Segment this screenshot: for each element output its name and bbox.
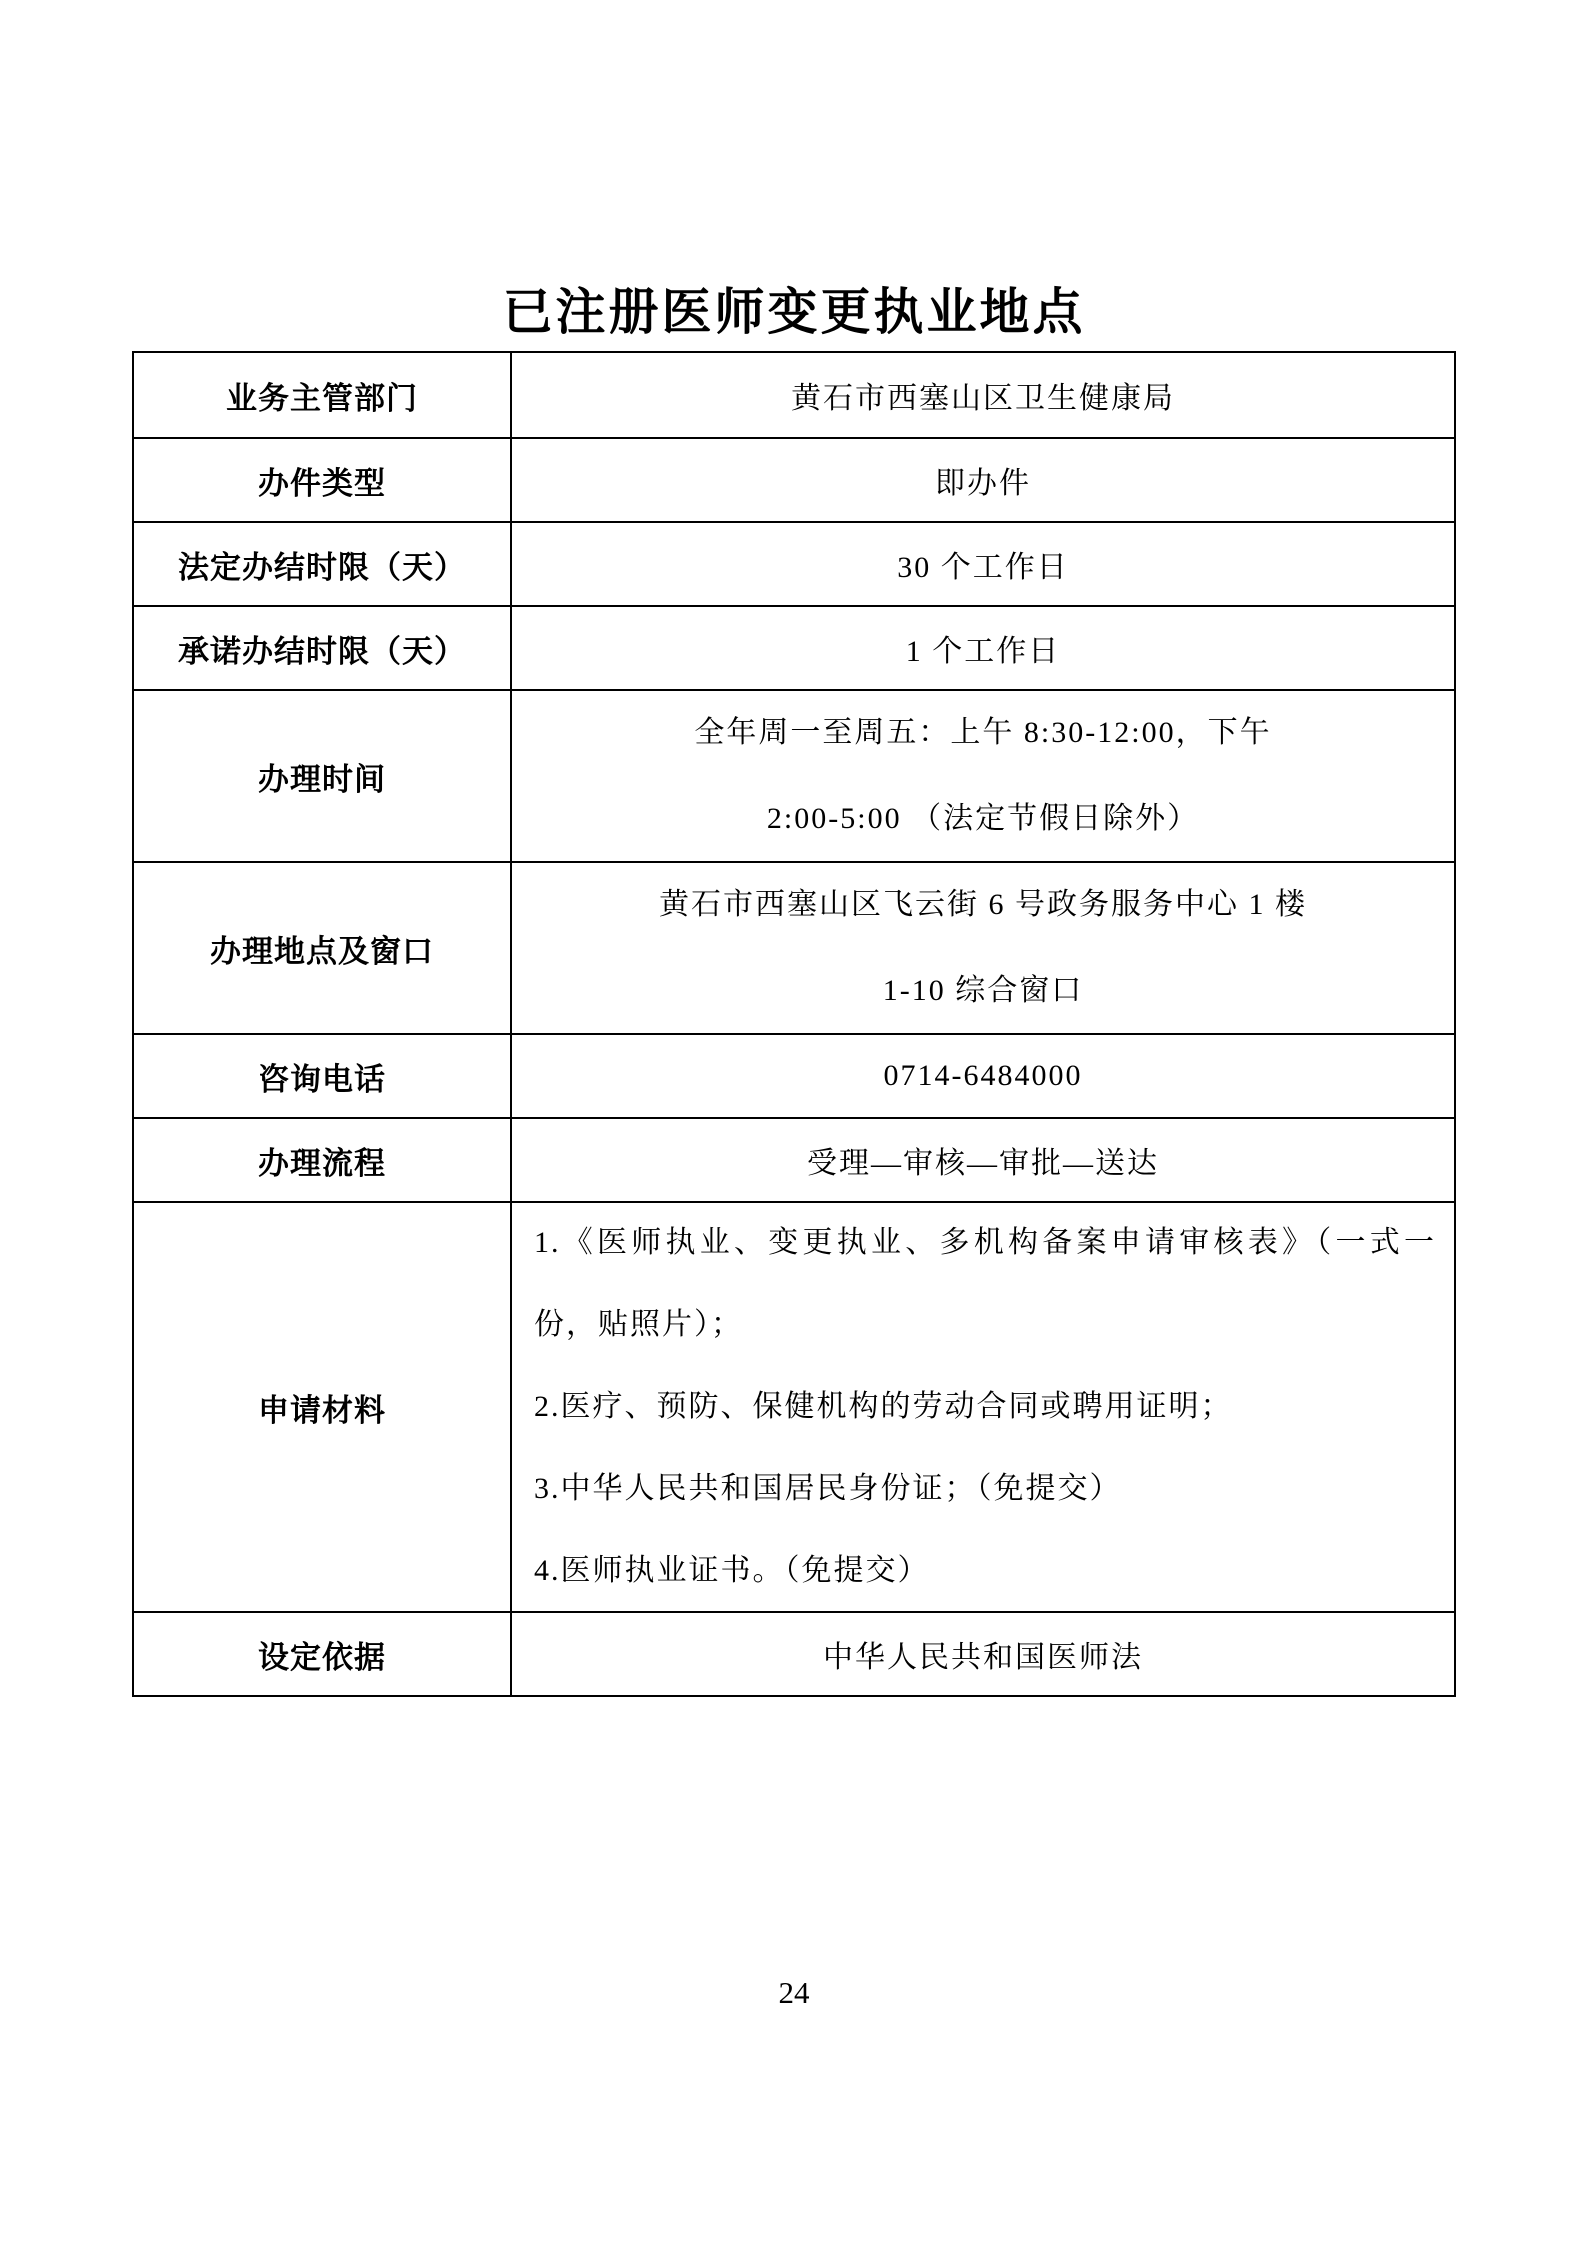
- row-label-application-materials: 申请材料: [134, 1203, 512, 1611]
- value-line: 黄石市西塞山区飞云街 6 号政务服务中心 1 楼: [659, 862, 1307, 948]
- row-label-processing-time: 办理时间: [134, 691, 512, 861]
- value-line: 30 个工作日: [897, 542, 1069, 586]
- row-label-consultation-phone: 咨询电话: [134, 1035, 512, 1117]
- row-label-statutory-time-limit: 法定办结时限（天）: [134, 523, 512, 605]
- row-value-application-materials: 1.《医师执业、变更执业、多机构备案申请审核表》（一式一份，贴照片）； 2.医疗…: [512, 1203, 1454, 1611]
- row-value-processing-time: 全年周一至周五：上午 8:30-12:00，下午 2:00-5:00 （法定节假…: [512, 691, 1454, 861]
- value-line: 即办件: [935, 458, 1031, 502]
- table-row-processing-flow: 办理流程 受理—审核—审批—送达: [134, 1117, 1454, 1201]
- row-label-item-type: 办件类型: [134, 439, 512, 521]
- value-line: 1 个工作日: [906, 626, 1061, 670]
- value-line: 中华人民共和国医师法: [823, 1632, 1143, 1676]
- material-item-2: 2.医疗、预防、保健机构的劳动合同或聘用证明；: [534, 1366, 1436, 1448]
- row-label-establishment-basis: 设定依据: [134, 1613, 512, 1695]
- material-item-4: 4.医师执业证书。（免提交）: [534, 1530, 1436, 1612]
- row-label-processing-location: 办理地点及窗口: [134, 863, 512, 1033]
- document-page: 已注册医师变更执业地点 业务主管部门 黄石市西塞山区卫生健康局 办件类型 即办件…: [132, 0, 1456, 2011]
- value-line: 黄石市西塞山区卫生健康局: [791, 373, 1175, 417]
- table-row-supervising-department: 业务主管部门 黄石市西塞山区卫生健康局: [134, 353, 1454, 437]
- row-value-item-type: 即办件: [512, 439, 1454, 521]
- row-value-processing-location: 黄石市西塞山区飞云街 6 号政务服务中心 1 楼 1-10 综合窗口: [512, 863, 1454, 1033]
- table-row-processing-time: 办理时间 全年周一至周五：上午 8:30-12:00，下午 2:00-5:00 …: [134, 689, 1454, 861]
- row-value-statutory-time-limit: 30 个工作日: [512, 523, 1454, 605]
- row-value-processing-flow: 受理—审核—审批—送达: [512, 1119, 1454, 1201]
- page-title: 已注册医师变更执业地点: [132, 282, 1456, 342]
- table-row-promised-time-limit: 承诺办结时限（天） 1 个工作日: [134, 605, 1454, 689]
- row-label-supervising-department: 业务主管部门: [134, 353, 512, 437]
- value-line: 2:00-5:00 （法定节假日除外）: [767, 776, 1199, 862]
- row-label-promised-time-limit: 承诺办结时限（天）: [134, 607, 512, 689]
- material-item-1: 1.《医师执业、变更执业、多机构备案申请审核表》（一式一份，贴照片）；: [534, 1202, 1436, 1366]
- value-line-phone-number: 0714-6484000: [884, 1059, 1083, 1093]
- row-value-supervising-department: 黄石市西塞山区卫生健康局: [512, 353, 1454, 437]
- table-row-consultation-phone: 咨询电话 0714-6484000: [134, 1033, 1454, 1117]
- table-row-establishment-basis: 设定依据 中华人民共和国医师法: [134, 1611, 1454, 1695]
- row-value-establishment-basis: 中华人民共和国医师法: [512, 1613, 1454, 1695]
- service-info-table: 业务主管部门 黄石市西塞山区卫生健康局 办件类型 即办件 法定办结时限（天） 3…: [132, 351, 1456, 1697]
- table-row-processing-location: 办理地点及窗口 黄石市西塞山区飞云街 6 号政务服务中心 1 楼 1-10 综合…: [134, 861, 1454, 1033]
- value-line: 1-10 综合窗口: [883, 948, 1084, 1034]
- row-value-consultation-phone: 0714-6484000: [512, 1035, 1454, 1117]
- table-row-application-materials: 申请材料 1.《医师执业、变更执业、多机构备案申请审核表》（一式一份，贴照片）；…: [134, 1201, 1454, 1611]
- table-row-item-type: 办件类型 即办件: [134, 437, 1454, 521]
- row-label-processing-flow: 办理流程: [134, 1119, 512, 1201]
- value-line: 受理—审核—审批—送达: [807, 1138, 1159, 1182]
- table-row-statutory-time-limit: 法定办结时限（天） 30 个工作日: [134, 521, 1454, 605]
- row-value-promised-time-limit: 1 个工作日: [512, 607, 1454, 689]
- material-item-3: 3.中华人民共和国居民身份证；（免提交）: [534, 1448, 1436, 1530]
- value-line: 全年周一至周五：上午 8:30-12:00，下午: [694, 690, 1271, 776]
- page-number: 24: [132, 1975, 1456, 2011]
